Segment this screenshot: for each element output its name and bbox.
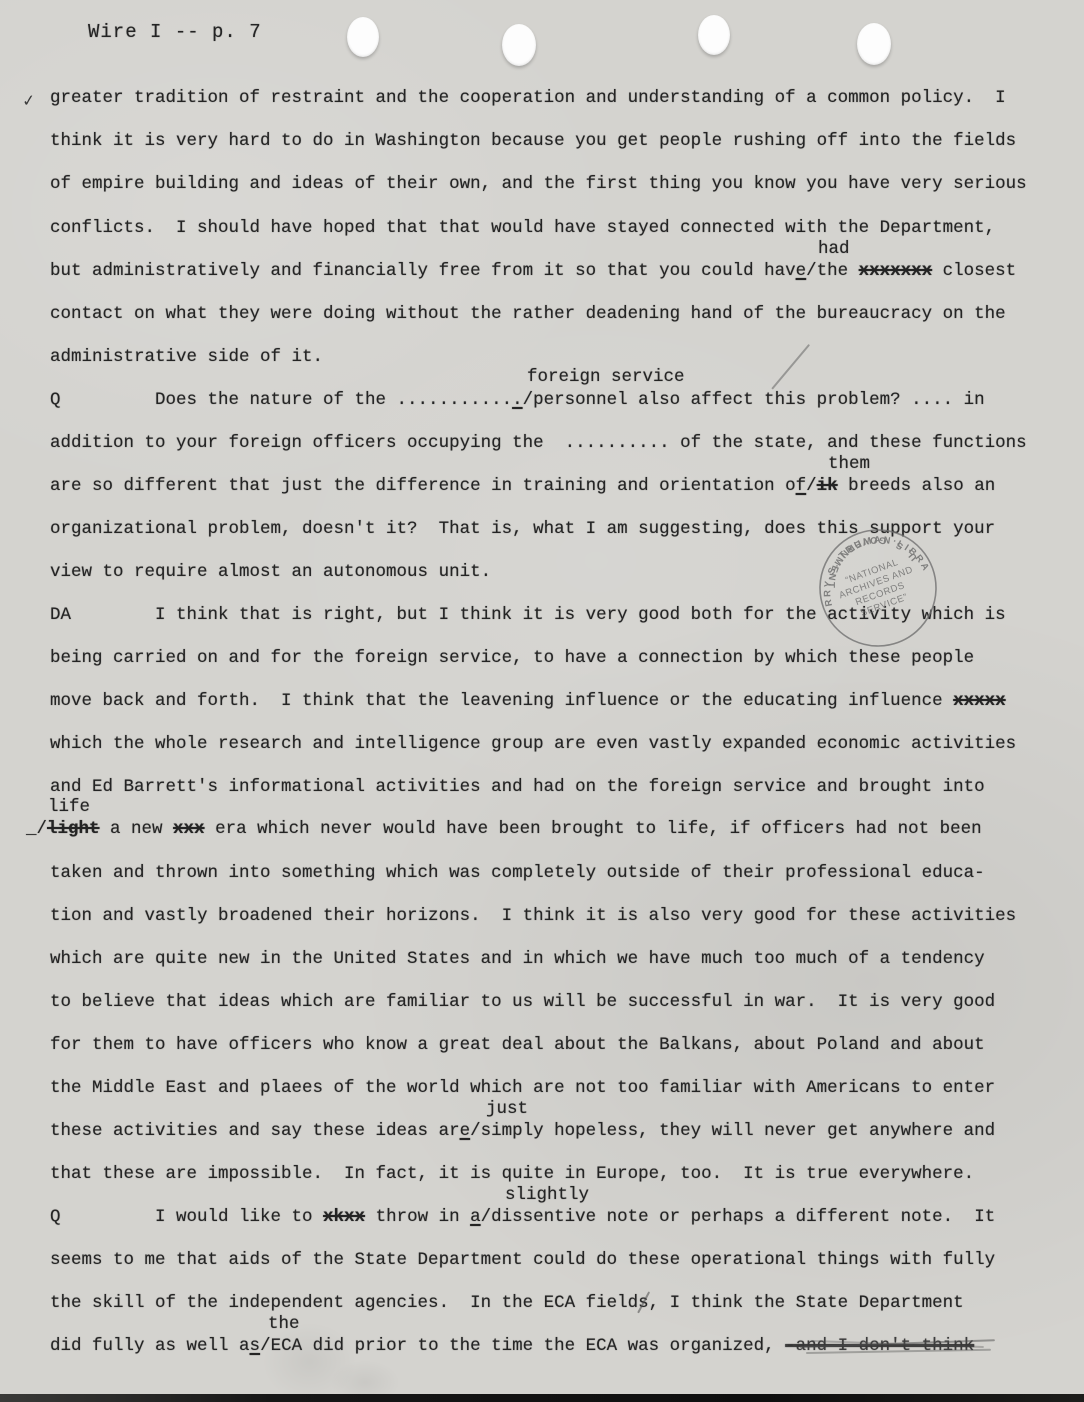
struck-out-word: xxxxxxx — [859, 261, 933, 281]
struck-out-word: light — [47, 819, 100, 839]
text-line: administrative side of it. — [50, 347, 323, 368]
text-segment: conflicts. I should have hoped that that… — [50, 218, 995, 238]
text-line: tion and vastly broadened their horizons… — [50, 906, 1016, 927]
text-line: addition to your foreign officers occupy… — [50, 433, 1027, 454]
text-segment: life — [48, 797, 90, 817]
text-segment: and Ed Barrett's informational activitie… — [50, 777, 985, 797]
text-segment: throw in — [365, 1207, 470, 1227]
text-line: these activities and say these ideas are… — [50, 1121, 995, 1142]
text-segment: a — [470, 1207, 481, 1227]
punch-hole — [857, 23, 891, 65]
text-line: conflicts. I should have hoped that that… — [50, 218, 995, 239]
text-line: to believe that ideas which are familiar… — [50, 992, 995, 1013]
text-segment: which the whole research and intelligenc… — [50, 734, 1016, 754]
text-segment: but administratively and financially fre… — [50, 261, 796, 281]
pencil-stroke — [771, 344, 810, 390]
text-line: which are quite new in the United States… — [50, 949, 985, 970]
text-line: contact on what they were doing without … — [50, 304, 1006, 325]
text-segment: e — [460, 1121, 471, 1141]
text-line: life — [48, 797, 90, 818]
text-segment: taken and thrown into something which wa… — [50, 863, 985, 883]
page-bottom-edge-shadow — [0, 1394, 1084, 1402]
text-line: slightly — [505, 1185, 589, 1206]
text-segment: that these are impossible. In fact, it i… — [50, 1164, 974, 1184]
text-line: move back and forth. I think that the le… — [50, 691, 1006, 712]
text-line: _/light a new xxx era which never would … — [26, 819, 982, 840]
text-segment: seems to me that aids of the State Depar… — [50, 1250, 995, 1270]
text-line: and Ed Barrett's informational activitie… — [50, 777, 985, 798]
punch-hole — [502, 24, 536, 66]
text-segment: era which never would have been brought … — [205, 819, 982, 839]
text-segment: breeds also an — [838, 476, 996, 496]
text-line: just — [486, 1099, 528, 1120]
text-line: foreign service — [527, 367, 685, 388]
text-segment: these activities and say these ideas ar — [50, 1121, 460, 1141]
text-segment: ✓ — [21, 90, 36, 110]
text-segment: Wire I -- p. 7 — [88, 21, 262, 43]
text-segment: s — [250, 1336, 261, 1356]
scanned-document-page: { "page": { "header": "Wire I -- p. 7", … — [0, 0, 1084, 1402]
struck-out-word: ik — [817, 476, 838, 496]
text-line: think it is very hard to do in Washingto… — [50, 131, 1016, 152]
text-segment: / — [806, 476, 817, 496]
text-segment: think it is very hard to do in Washingto… — [50, 131, 1016, 151]
text-segment: a new — [100, 819, 174, 839]
text-segment: the Middle East and plaees of the world … — [50, 1078, 995, 1098]
text-segment: the skill of the independent agencies. I… — [50, 1293, 964, 1313]
text-line: for them to have officers who know a gre… — [50, 1035, 985, 1056]
text-segment: tion and vastly broadened their horizons… — [50, 906, 1016, 926]
punch-hole — [347, 17, 379, 57]
text-line: taken and thrown into something which wa… — [50, 863, 985, 884]
text-segment: them — [828, 454, 870, 474]
text-line: them — [828, 454, 870, 475]
text-segment: to believe that ideas which are familiar… — [50, 992, 995, 1012]
punch-hole — [698, 15, 730, 55]
text-segment: . — [512, 390, 523, 410]
text-line: are so different that just the differenc… — [50, 476, 995, 497]
text-segment: are so different that just the differenc… — [50, 476, 796, 496]
text-segment: /simply hopeless, they will never get an… — [470, 1121, 995, 1141]
text-segment: Q Does the nature of the ........... — [50, 390, 512, 410]
text-segment: contact on what they were doing without … — [50, 304, 1006, 324]
struck-out-word: xxxxx — [953, 691, 1006, 711]
text-line: which the whole research and intelligenc… — [50, 734, 1016, 755]
text-segment: administrative side of it. — [50, 347, 323, 367]
text-segment: /personnel also affect this problem? ...… — [523, 390, 985, 410]
text-segment: which are quite new in the United States… — [50, 949, 985, 969]
text-segment: closest — [932, 261, 1016, 281]
text-segment: did fully as well a — [50, 1336, 250, 1356]
text-line: Q I would like to xkxx throw in a/dissen… — [50, 1207, 995, 1228]
text-segment: _/ — [26, 819, 47, 839]
text-line: had — [818, 239, 850, 260]
text-line: but administratively and financially fre… — [50, 261, 1016, 282]
text-segment: of empire building and ideas of their ow… — [50, 174, 1027, 194]
text-line: the skill of the independent agencies. I… — [50, 1293, 964, 1314]
text-line: of empire building and ideas of their ow… — [50, 174, 1027, 195]
text-segment: /dissentive note or perhaps a different … — [481, 1207, 996, 1227]
text-segment: greater tradition of restraint and the c… — [50, 88, 1006, 108]
text-segment: for them to have officers who know a gre… — [50, 1035, 985, 1055]
text-segment: addition to your foreign officers occupy… — [50, 433, 1027, 453]
text-segment: just — [486, 1099, 528, 1119]
text-segment: e — [796, 261, 807, 281]
text-segment: had — [818, 239, 850, 259]
text-line: that these are impossible. In fact, it i… — [50, 1164, 974, 1185]
text-segment: Q I would like to — [50, 1207, 323, 1227]
text-segment: f — [796, 476, 807, 496]
struck-out-word: xkxx — [323, 1207, 365, 1227]
text-segment: slightly — [505, 1185, 589, 1205]
struck-out-word: xxx — [173, 819, 205, 839]
text-segment: view to require almost an autonomous uni… — [50, 562, 491, 582]
text-segment: move back and forth. I think that the le… — [50, 691, 953, 711]
text-line: Q Does the nature of the ............/pe… — [50, 390, 985, 411]
text-line: seems to me that aids of the State Depar… — [50, 1250, 995, 1271]
text-line: the Middle East and plaees of the world … — [50, 1078, 995, 1099]
text-segment: /the — [806, 261, 859, 281]
page-header: Wire I -- p. 7 — [88, 22, 262, 43]
margin-checkmark: ✓ — [21, 89, 37, 111]
text-line: greater tradition of restraint and the c… — [50, 88, 1006, 109]
text-line: view to require almost an autonomous uni… — [50, 562, 491, 583]
text-segment: foreign service — [527, 367, 685, 387]
